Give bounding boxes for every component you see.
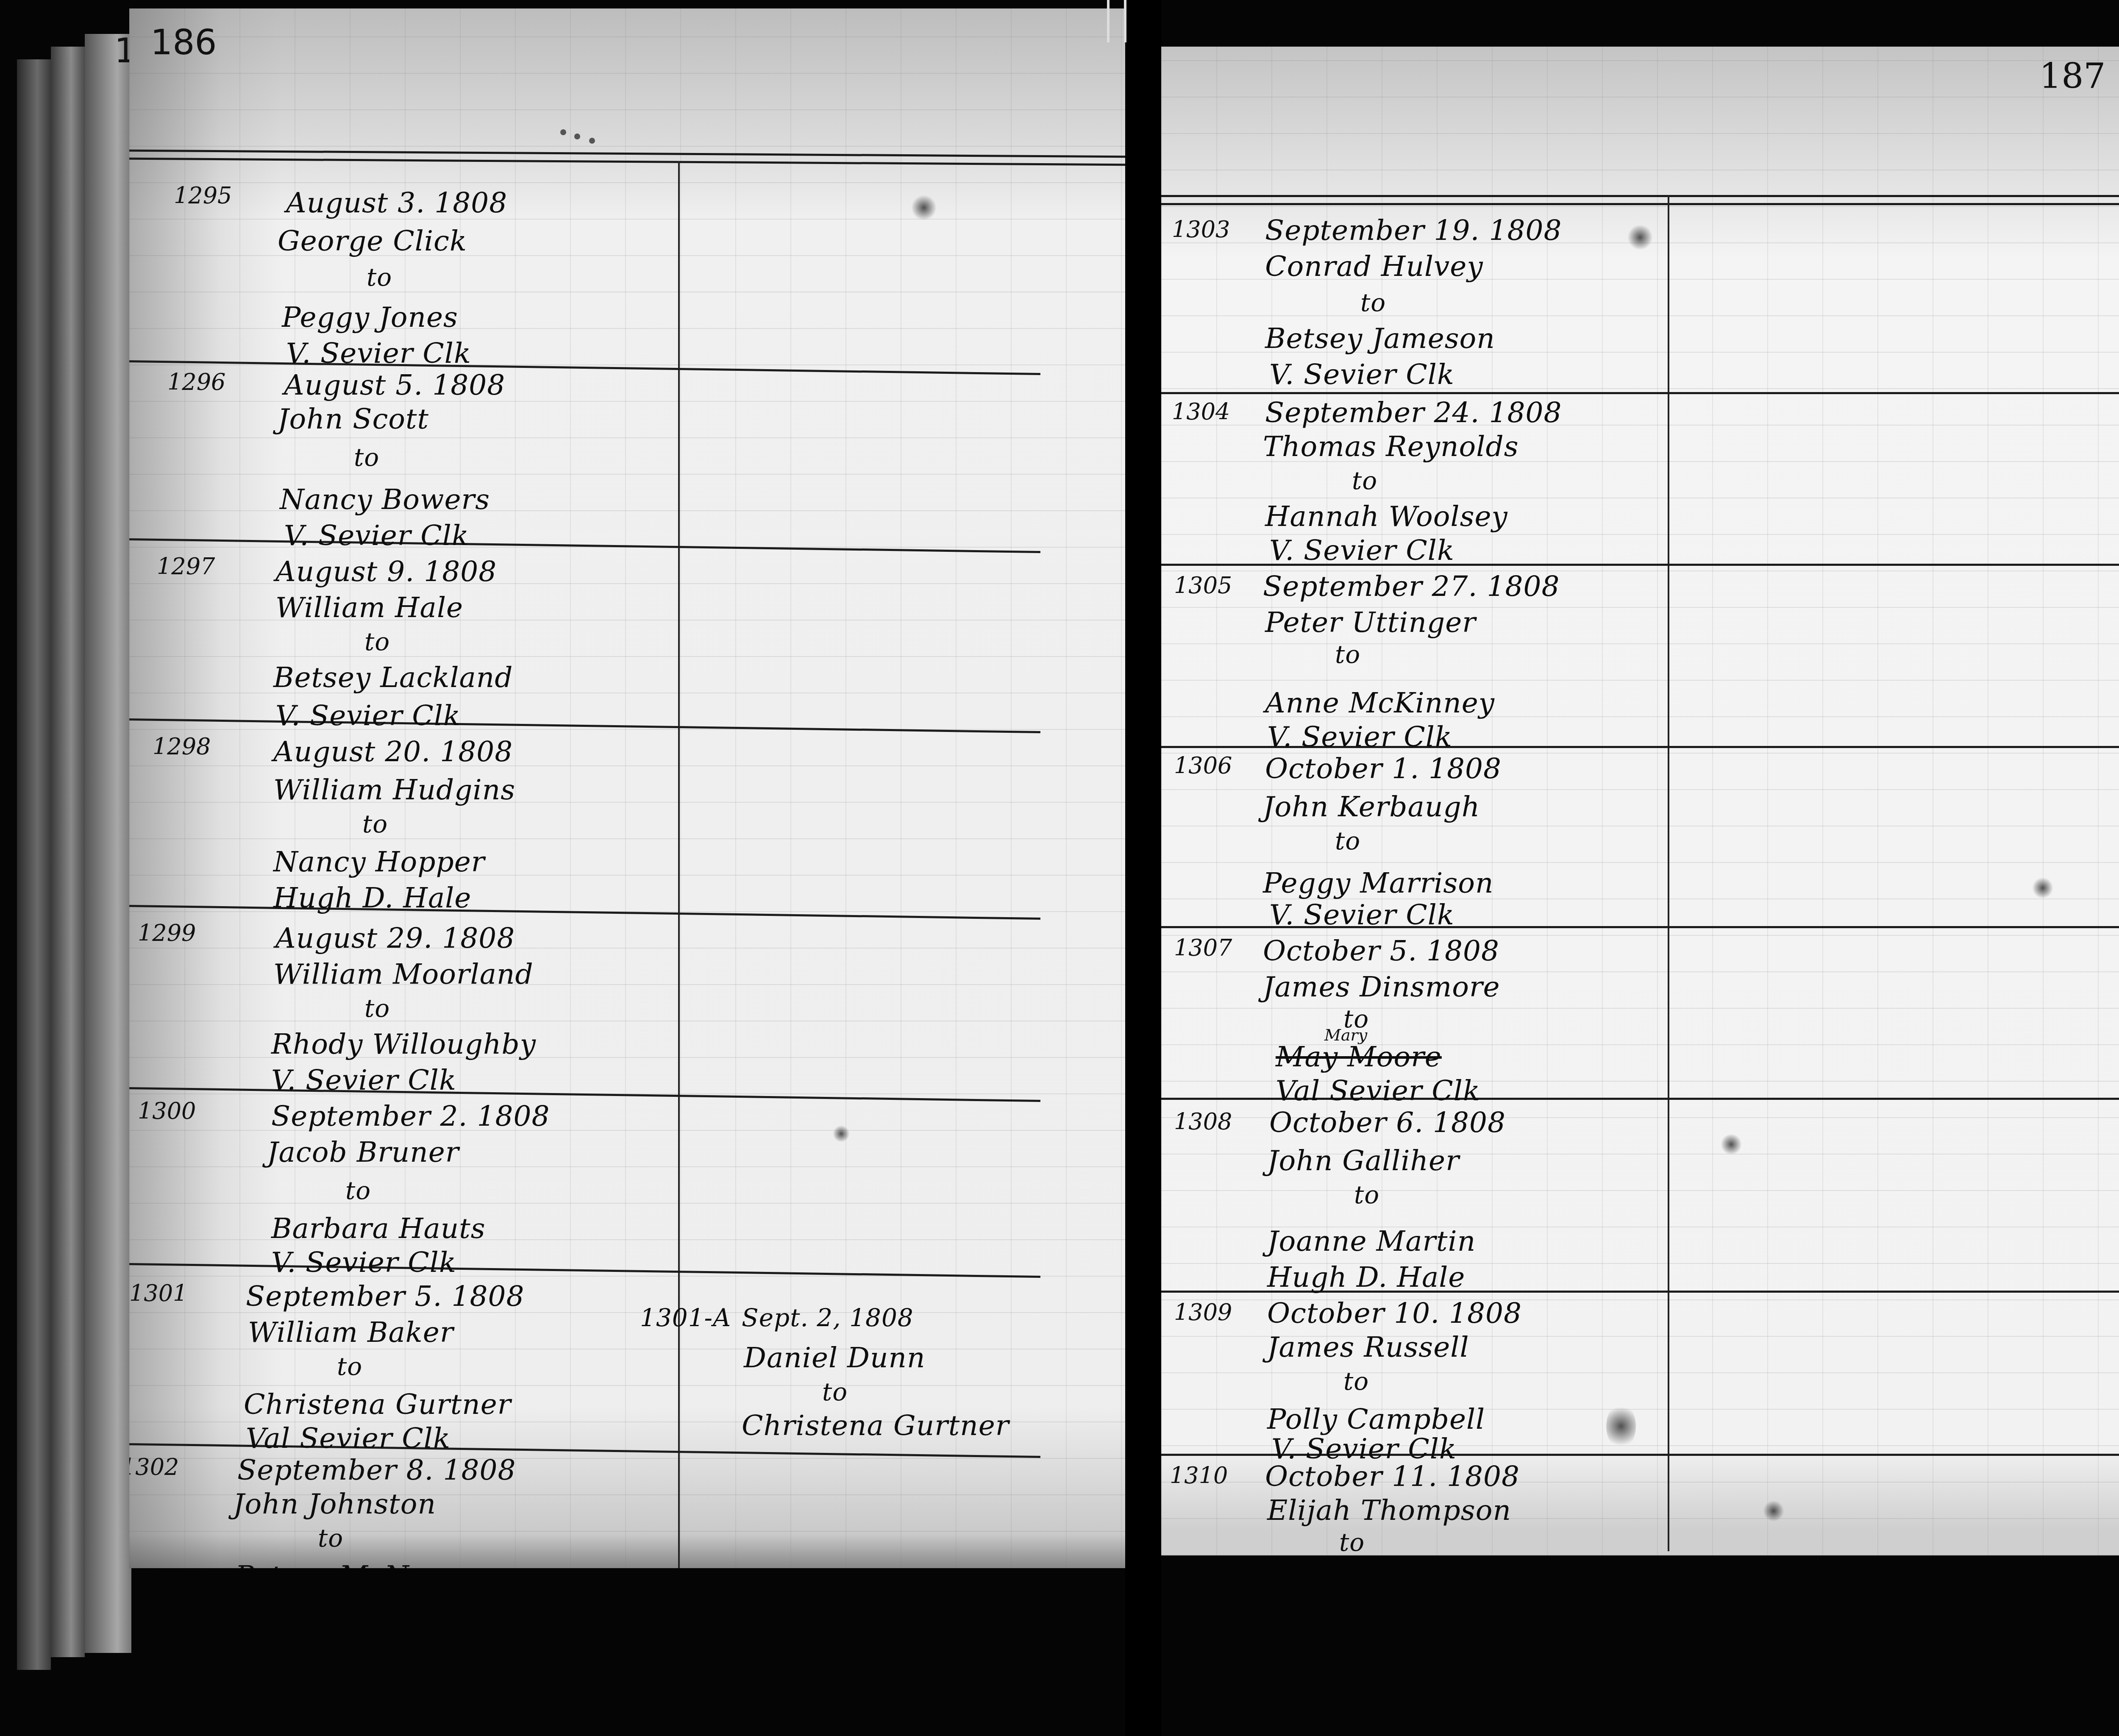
groom-name: James Russell — [1267, 1331, 1469, 1363]
groom-name: William Hale — [275, 591, 463, 624]
entry-date: August 3. 1808 — [286, 186, 507, 219]
entry-date: October 5. 1808 — [1263, 935, 1499, 967]
stain-spot — [1627, 225, 1653, 250]
entry-date: August 5. 1808 — [284, 369, 505, 401]
bride-name: Peggy Marrison — [1263, 867, 1494, 899]
to-connector: to — [318, 1524, 343, 1552]
gutter-highlight — [1107, 0, 1110, 42]
entry-date: October 10. 1808 — [1267, 1297, 1522, 1330]
right-page: 1303 September 19. 1808 Conrad Hulvey to… — [1161, 47, 2119, 1555]
entry-number: 1307 — [1174, 935, 1232, 961]
to-connector: to — [345, 1176, 371, 1205]
groom-name: Thomas Reynolds — [1263, 430, 1519, 463]
bride-name: Joanne Martin — [1267, 1225, 1476, 1257]
bride-name: Betsey Jameson — [1265, 322, 1495, 355]
to-connector: to — [822, 1377, 848, 1406]
entry-date: August 9. 1808 — [275, 555, 497, 588]
clerk-signature: V. Sevier Clk — [1267, 721, 1452, 753]
groom-name: William Baker — [248, 1316, 453, 1349]
stain-spot — [2032, 877, 2053, 899]
annotation-date: Sept. 2, 1808 — [742, 1303, 914, 1332]
groom-name: Conrad Hulvey — [1265, 250, 1483, 283]
entry-number: 1309 — [1174, 1299, 1232, 1326]
entry-number: 1297 — [157, 553, 215, 580]
left-page: 1295 August 3. 1808 George Click to Pegg… — [129, 8, 1125, 1568]
groom-name: George Click — [278, 225, 467, 257]
to-connector: to — [337, 1352, 362, 1381]
page-edge-stack — [51, 47, 85, 1657]
entry-number: 1300 — [138, 1098, 196, 1124]
column-divider — [678, 161, 680, 1568]
to-connector: to — [362, 810, 388, 838]
groom-name: John Galliher — [1267, 1144, 1460, 1177]
page-number-right: 187 — [2039, 59, 2106, 94]
entry-number: 1303 — [1172, 216, 1230, 243]
groom-name: Jacob Bruner — [267, 1136, 459, 1168]
entry-number: 1310 — [1170, 1462, 1228, 1489]
entry-number: 1298 — [153, 733, 211, 760]
to-connector: to — [1335, 640, 1360, 669]
entry-number: 1302 — [129, 1454, 179, 1480]
clerk-signature: V. Sevier Clk — [271, 1064, 456, 1096]
entry-date: October 6. 1808 — [1269, 1106, 1506, 1139]
annotation-groom: Daniel Dunn — [744, 1341, 925, 1374]
groom-name: James Dinsmore — [1263, 971, 1500, 1003]
page-edge-stack — [85, 34, 131, 1653]
page-number-left: 186 — [150, 25, 217, 60]
entry-date: October 1. 1808 — [1265, 752, 1502, 785]
entry-number: 1308 — [1174, 1108, 1232, 1135]
entry-number: 1306 — [1174, 752, 1232, 779]
entry-number: 1295 — [174, 182, 232, 209]
entry-date: September 19. 1808 — [1265, 214, 1562, 247]
bride-name: Betsey Lackland — [273, 661, 513, 694]
entry-date: September 5. 1808 — [246, 1280, 524, 1313]
bride-name: May Moore — [1276, 1040, 1442, 1073]
clerk-signature: V. Sevier Clk — [1269, 899, 1454, 931]
clerk-signature: V. Sevier Clk — [271, 1246, 456, 1279]
clerk-signature: V. Sevier Clk — [284, 519, 469, 552]
to-connector: to — [367, 263, 392, 292]
bride-name: Patsey McNew — [235, 1560, 450, 1568]
bride-name: Christena Gurtner — [244, 1388, 511, 1421]
entry-date: September 27. 1808 — [1263, 570, 1560, 603]
to-connector: to — [1360, 288, 1386, 317]
ink-dot — [574, 134, 580, 139]
row-separator — [1161, 392, 2119, 394]
ink-dot — [589, 138, 595, 144]
clerk-signature: V. Sevier Clk — [275, 699, 461, 732]
annotation-bride: Christena Gurtner — [742, 1409, 1009, 1442]
bride-name: Anne McKinney — [1265, 687, 1495, 719]
bride-name: Barbara Hauts — [271, 1212, 486, 1245]
bride-name: Nancy Hopper — [273, 846, 485, 878]
groom-name: Peter Uttinger — [1265, 606, 1476, 639]
entry-date: August 20. 1808 — [273, 735, 513, 768]
clerk-signature: Hugh D. Hale — [273, 882, 471, 914]
header-double-rule — [1161, 195, 2119, 205]
groom-name: John Kerbaugh — [1263, 790, 1480, 823]
groom-name: Elijah Thompson — [1267, 1494, 1511, 1527]
to-connector: to — [354, 443, 379, 472]
bride-name: Rhody Willoughby — [271, 1028, 536, 1060]
annotation-number: 1301-A — [640, 1303, 731, 1332]
to-connector: to — [1335, 826, 1360, 855]
entry-date: September 8. 1808 — [237, 1454, 516, 1486]
to-connector: to — [364, 627, 390, 656]
book-gutter — [1125, 0, 1161, 1736]
clerk-signature: Val Sevier Clk — [246, 1422, 450, 1455]
bride-name: Peggy Jones — [282, 301, 458, 334]
page-edge-stack — [17, 59, 51, 1670]
gutter-highlight — [1124, 0, 1126, 42]
entry-date: September 2. 1808 — [271, 1100, 550, 1132]
clerk-signature: V. Sevier Clk — [1269, 534, 1454, 567]
scanned-ledger-spread: 1 1295 August 3. 1808 George Click to Pe… — [0, 0, 2119, 1736]
to-connector: to — [364, 994, 390, 1023]
entry-number: 1304 — [1172, 398, 1230, 425]
stain-spot — [911, 195, 937, 220]
entry-number: 1305 — [1174, 572, 1232, 599]
clerk-signature: V. Sevier Clk — [286, 337, 471, 370]
to-connector: to — [1339, 1528, 1365, 1555]
to-connector: to — [1352, 466, 1377, 495]
column-divider — [1668, 195, 1669, 1551]
bride-name: Nancy Bowers — [280, 483, 490, 516]
stain-spot — [1763, 1500, 1784, 1522]
groom-name: William Hudgins — [273, 773, 515, 806]
bride-name: Polly Campbell — [1267, 1403, 1485, 1436]
to-connector: to — [1343, 1367, 1369, 1396]
to-connector: to — [1354, 1180, 1379, 1209]
stain-spot — [833, 1125, 850, 1142]
stain-spot — [1606, 1403, 1636, 1449]
entry-number: 1296 — [167, 369, 225, 395]
clerk-signature: V. Sevier Clk — [1269, 358, 1454, 391]
entry-number: 1301 — [129, 1280, 187, 1307]
entry-date: October 11. 1808 — [1265, 1460, 1520, 1493]
entry-date: September 24. 1808 — [1265, 396, 1562, 429]
clerk-signature: Hugh D. Hale — [1267, 1261, 1465, 1294]
bride-name: Hannah Woolsey — [1265, 500, 1508, 533]
groom-name: John Scott — [278, 403, 429, 435]
entry-number: 1299 — [138, 920, 196, 946]
entry-date: August 29. 1808 — [275, 922, 515, 954]
stain-spot — [1721, 1134, 1742, 1155]
groom-name: John Johnston — [233, 1488, 436, 1520]
groom-name: William Moorland — [273, 958, 534, 990]
clerk-signature: Val Sevier Clk — [1276, 1074, 1480, 1107]
ink-dot — [560, 129, 566, 135]
